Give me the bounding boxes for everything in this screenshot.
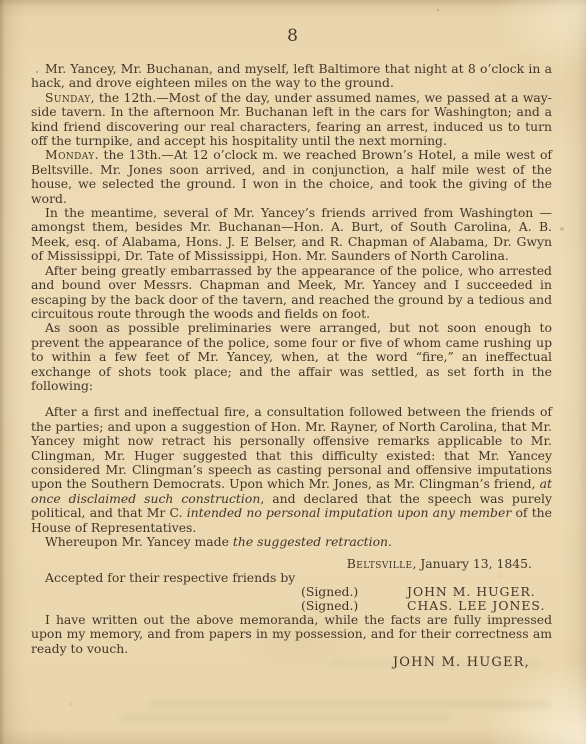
italic-phrase: the suggested retraction — [233, 534, 388, 549]
paragraph-monday: Monday. the 13th.—At 12 o’clock m. we re… — [31, 148, 552, 206]
paragraph-attestation: I have written out the above memoranda, … — [31, 613, 552, 656]
signature-row: (Signed.)JOHN M. HUGER. — [31, 585, 552, 599]
paragraph-retraction: Whereupon Mr. Yancey made the suggested … — [31, 535, 552, 549]
day-name-monday: Monday — [45, 147, 95, 162]
closing-signature: JOHN M. HUGER, — [31, 656, 552, 670]
paragraph-text: After a first and ineffectual fire, a co… — [31, 404, 552, 491]
paragraph-consultation: After a first and ineffectual fire, a co… — [31, 405, 552, 535]
signatory-name: CHAS. LEE JONES. — [393, 599, 545, 613]
paragraph-exchange-of-shots: As soon as possible preliminaries were a… — [31, 321, 552, 393]
paragraph-text: , the 12th.—Most of the day, under assum… — [31, 90, 552, 148]
scanned-document-page: 8 Mr. Yancey, Mr. Buchanan, and myself, … — [0, 0, 586, 744]
signed-label: (Signed.) — [287, 599, 393, 613]
paragraph-text: Mr. Yancey, Mr. Buchanan, and myself, le… — [31, 61, 552, 90]
signatory-name: JOHN M. HUGER. — [393, 585, 536, 599]
paragraph-friends-arrived: In the meantime, several of Mr. Yancey’s… — [31, 206, 552, 264]
italic-phrase: intended no personal imputation upon any… — [187, 505, 512, 520]
paper-specks — [0, 0, 2, 2]
signed-label: (Signed.) — [287, 585, 393, 599]
dateline-date: , January 13, 1845. — [412, 556, 532, 571]
paragraph-text: I have written out the above memoranda, … — [31, 612, 552, 656]
paragraph-text: As soon as possible preliminaries were a… — [31, 320, 552, 393]
paragraph-text: . the 13th.—At 12 o’clock m. we reached … — [31, 147, 552, 205]
paragraph-text: . — [388, 534, 392, 549]
ink-bleedthrough — [120, 714, 450, 722]
memorandum-text: Mr. Yancey, Mr. Buchanan, and myself, le… — [31, 62, 552, 671]
paragraph-police-escape: After being greatly embarrassed by the a… — [31, 264, 552, 322]
day-name-sunday: Sunday — [45, 90, 91, 105]
paragraph-sunday: Sunday, the 12th.—Most of the day, under… — [31, 91, 552, 149]
page-number: 8 — [0, 26, 586, 46]
ink-bleedthrough — [150, 700, 550, 709]
signature-row: (Signed.)CHAS. LEE JONES. — [31, 599, 552, 613]
signature-block: Beltsville, January 13, 1845. Accepted f… — [31, 557, 552, 613]
paragraph-text: In the meantime, several of Mr. Yancey’s… — [31, 205, 552, 263]
accepted-line: Accepted for their respective friends by — [31, 571, 552, 585]
paragraph-text: Whereupon Mr. Yancey made — [45, 534, 233, 549]
dateline: Beltsville, January 13, 1845. — [31, 557, 552, 571]
paragraph-journey: Mr. Yancey, Mr. Buchanan, and myself, le… — [31, 62, 552, 91]
paragraph-text: After being greatly embarrassed by the a… — [31, 263, 552, 321]
dateline-place: Beltsville — [347, 556, 413, 571]
